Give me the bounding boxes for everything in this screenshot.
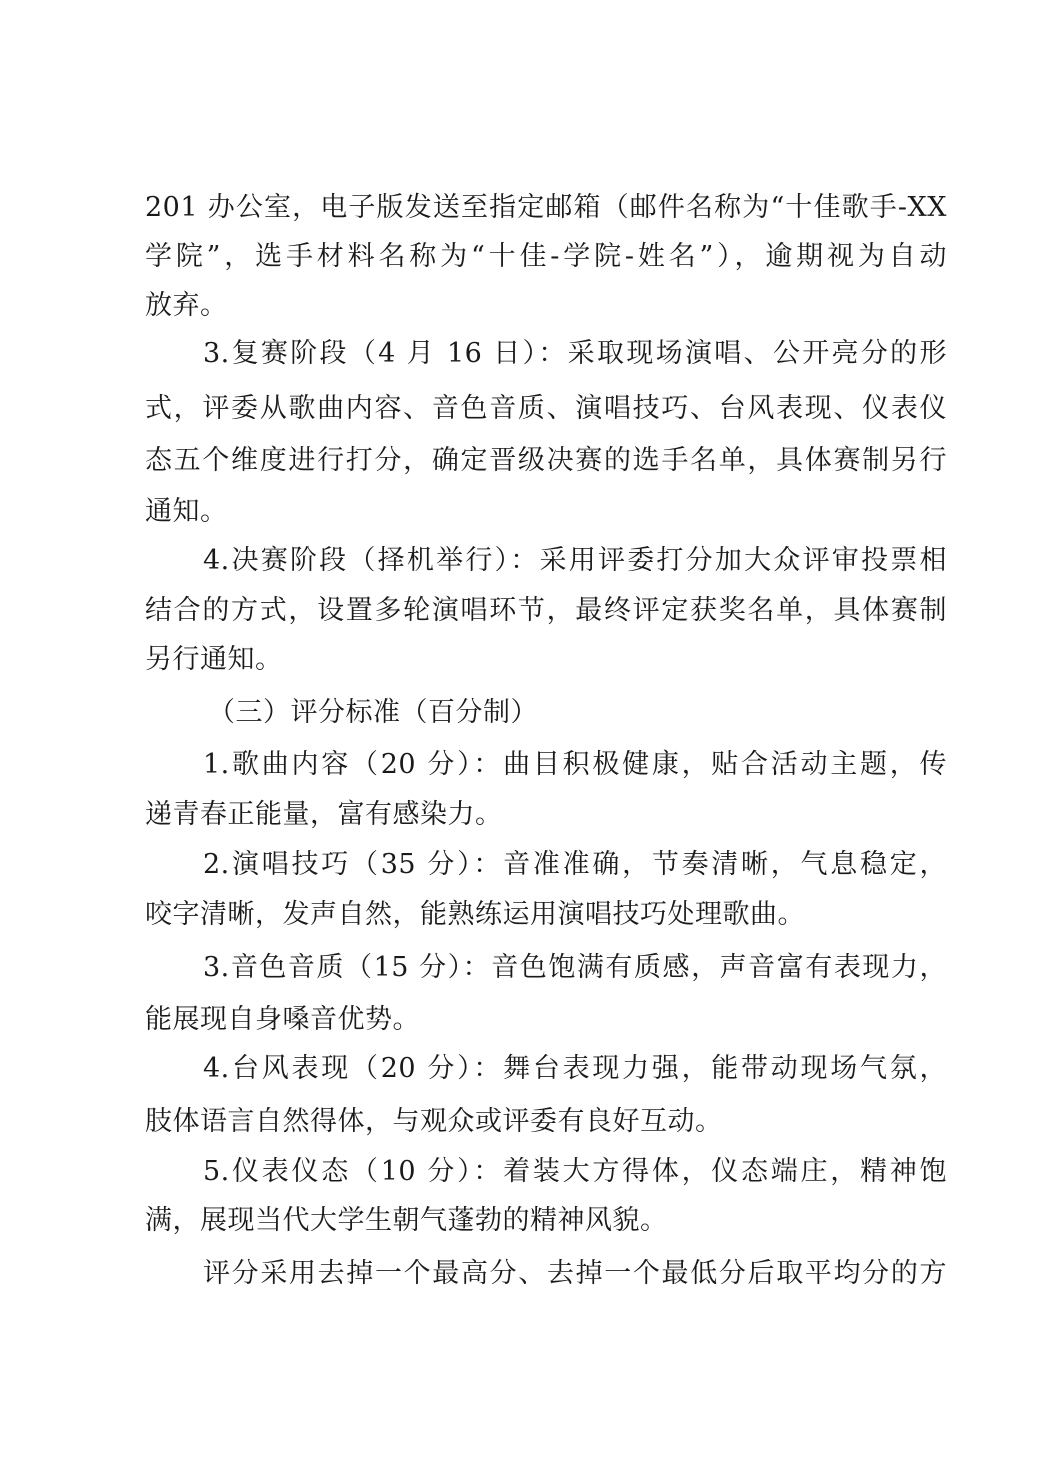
paragraph-line: 学院”，选手材料名称为“十佳-学院-姓名”），逾期视为自动 [145,231,947,283]
paragraph-line: 递青春正能量，富有感染力。 [145,789,947,841]
paragraph-line: 通知。 [145,486,947,538]
paragraph-line: 态五个维度进行打分，确定晋级决赛的选手名单，具体赛制另行 [145,435,947,487]
paragraph-line: 式，评委从歌曲内容、音色音质、演唱技巧、台风表现、仪表仪 [145,383,947,435]
criterion-1-first-line: 1.歌曲内容（20 分）：曲目积极健康，贴合活动主题，传 [203,739,947,791]
paragraph-line: 咬字清晰，发声自然，能熟练运用演唱技巧处理歌曲。 [145,889,947,941]
section-heading-scoring: （三）评分标准（百分制） [208,687,608,739]
paragraph-line: 满，展现当代大学生朝气蓬勃的精神风貌。 [145,1195,947,1247]
criterion-4-first-line: 4.台风表现（20 分）：舞台表现力强，能带动现场气氛， [203,1043,947,1095]
criterion-5-first-line: 5.仪表仪态（10 分）：着装大方得体，仪态端庄，精神饱 [203,1146,947,1198]
paragraph-final-first-line: 4.决赛阶段（择机举行）：采用评委打分加大众评审投票相 [203,535,947,587]
paragraph-line: 肢体语言自然得体，与观众或评委有良好互动。 [145,1096,947,1148]
paragraph-line: 能展现自身嗓音优势。 [145,994,947,1046]
paragraph-line: 201 办公室，电子版发送至指定邮箱（邮件名称为“十佳歌手-XX [145,182,947,234]
paragraph-line: 放弃。 [145,280,947,332]
criterion-3-first-line: 3.音色音质（15 分）：音色饱满有质感，声音富有表现力， [203,942,947,994]
paragraph-line: 另行通知。 [145,634,947,686]
paragraph-line: 结合的方式，设置多轮演唱环节，最终评定获奖名单，具体赛制 [145,585,947,637]
document-page: 201 办公室，电子版发送至指定邮箱（邮件名称为“十佳歌手-XX 学院”，选手材… [0,0,1040,1464]
criterion-2-first-line: 2.演唱技巧（35 分）：音准准确，节奏清晰，气息稳定， [203,839,947,891]
paragraph-semifinal-first-line: 3.复赛阶段（4 月 16 日）：采取现场演唱、公开亮分的形 [203,328,947,380]
scoring-method-line: 评分采用去掉一个最高分、去掉一个最低分后取平均分的方 [203,1248,947,1300]
